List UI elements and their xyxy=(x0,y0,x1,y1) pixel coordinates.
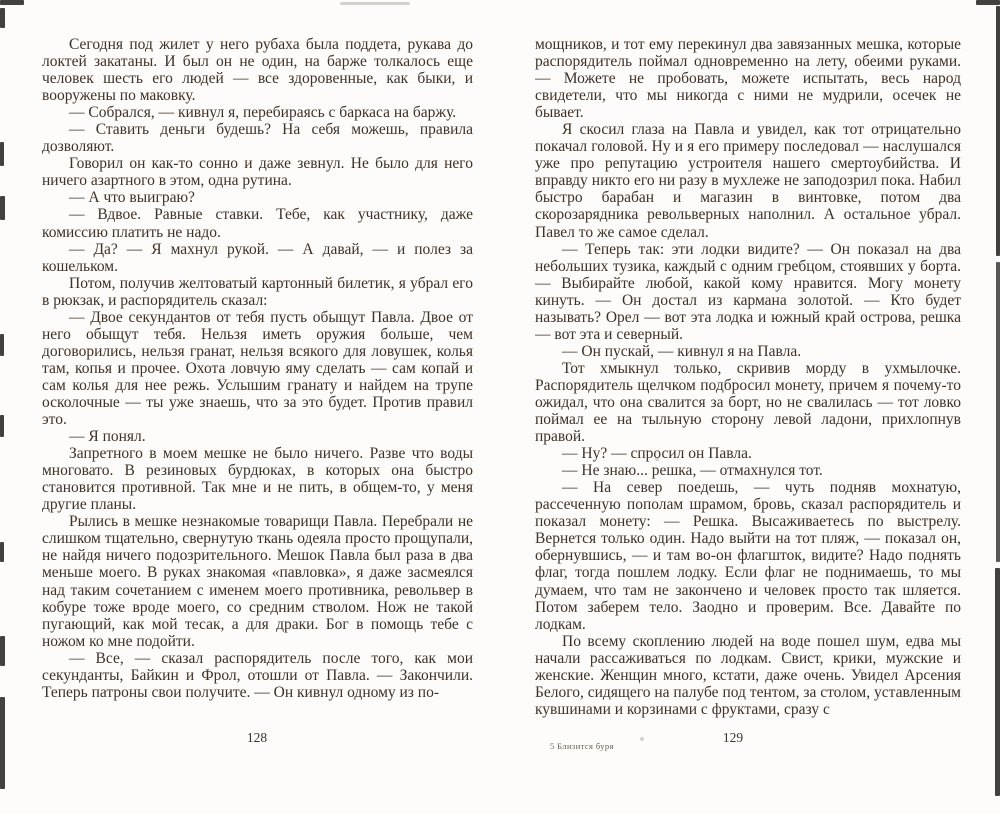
paragraph: Запретного в моем мешке не было ничего. … xyxy=(42,445,473,513)
scan-edge-mark xyxy=(0,542,4,562)
paragraph: — Теперь так: эти лодки видите? — Он пок… xyxy=(535,241,961,343)
page-number-right: 129 xyxy=(683,730,783,746)
signature-mark: 5 Близится буря xyxy=(550,741,614,751)
paper-speck xyxy=(340,2,410,5)
paragraph: Говорил он как-то сонно и даже зевнул. Н… xyxy=(42,155,473,189)
paragraph: — Двое секундантов от тебя пусть обыщут … xyxy=(42,309,473,428)
paper-speck xyxy=(655,458,659,461)
scan-edge-mark xyxy=(996,6,1000,256)
scan-edge-mark xyxy=(0,0,24,5)
paragraph: Я скосил глаза на Павла и увидел, как то… xyxy=(535,121,961,240)
paragraph: — На север поедешь, — чуть подняв мохнат… xyxy=(535,479,961,632)
page-left-text: Сегодня под жилет у него рубаха была под… xyxy=(42,36,473,726)
paragraph: — Я понял. xyxy=(42,428,473,445)
paragraph: — Все, — сказал распорядитель после того… xyxy=(42,650,473,701)
paragraph: — Ну? — спросил он Павла. xyxy=(535,445,961,462)
scan-edge-mark xyxy=(995,568,1000,796)
page-number-left: 128 xyxy=(207,730,307,746)
paragraph: мощников, и тот ему перекинул два завяза… xyxy=(535,36,961,121)
paragraph: Потом, получив желтоватый картонный биле… xyxy=(42,275,473,309)
scan-edge-mark xyxy=(0,415,4,437)
scan-edge-mark xyxy=(976,0,1000,5)
paragraph: — Собрался, — кивнул я, перебираясь с ба… xyxy=(42,104,473,121)
paragraph: Рылись в мешке незнакомые товарищи Павла… xyxy=(42,513,473,649)
paragraph: — Да? — Я махнул рукой. — А давай, — и п… xyxy=(42,241,473,275)
scan-edge-mark xyxy=(0,142,4,166)
scan-edge-mark xyxy=(0,8,5,28)
paragraph: — Он пускай, — кивнул я на Павла. xyxy=(535,343,961,360)
book-scan-spread: { "theme": { "ink": "#3e3127", "paper": … xyxy=(0,0,1000,814)
scan-edge-mark xyxy=(0,196,5,220)
paragraph: Тот хмыкнул только, скривив морду в ухмы… xyxy=(535,360,961,445)
scan-edge-mark xyxy=(0,636,5,666)
paper-speck xyxy=(640,737,644,741)
scan-edge-mark xyxy=(996,262,1000,562)
paragraph: — А что выиграю? xyxy=(42,189,473,206)
paragraph: — Ставить деньги будешь? На себя можешь,… xyxy=(42,121,473,155)
paragraph: — Не знаю... решка, — отмахнулся тот. xyxy=(535,462,961,479)
paragraph: — Вдвое. Равные ставки. Тебе, как участн… xyxy=(42,206,473,240)
scan-edge-mark xyxy=(0,334,4,356)
paragraph: По всему скоплению людей на воде пошел ш… xyxy=(535,633,961,718)
page-right-text: мощников, и тот ему перекинул два завяза… xyxy=(535,36,961,726)
book-spread: Сегодня под жилет у него рубаха была под… xyxy=(0,0,1000,814)
paragraph: Сегодня под жилет у него рубаха была под… xyxy=(42,36,473,104)
scan-edge-mark xyxy=(0,697,5,789)
